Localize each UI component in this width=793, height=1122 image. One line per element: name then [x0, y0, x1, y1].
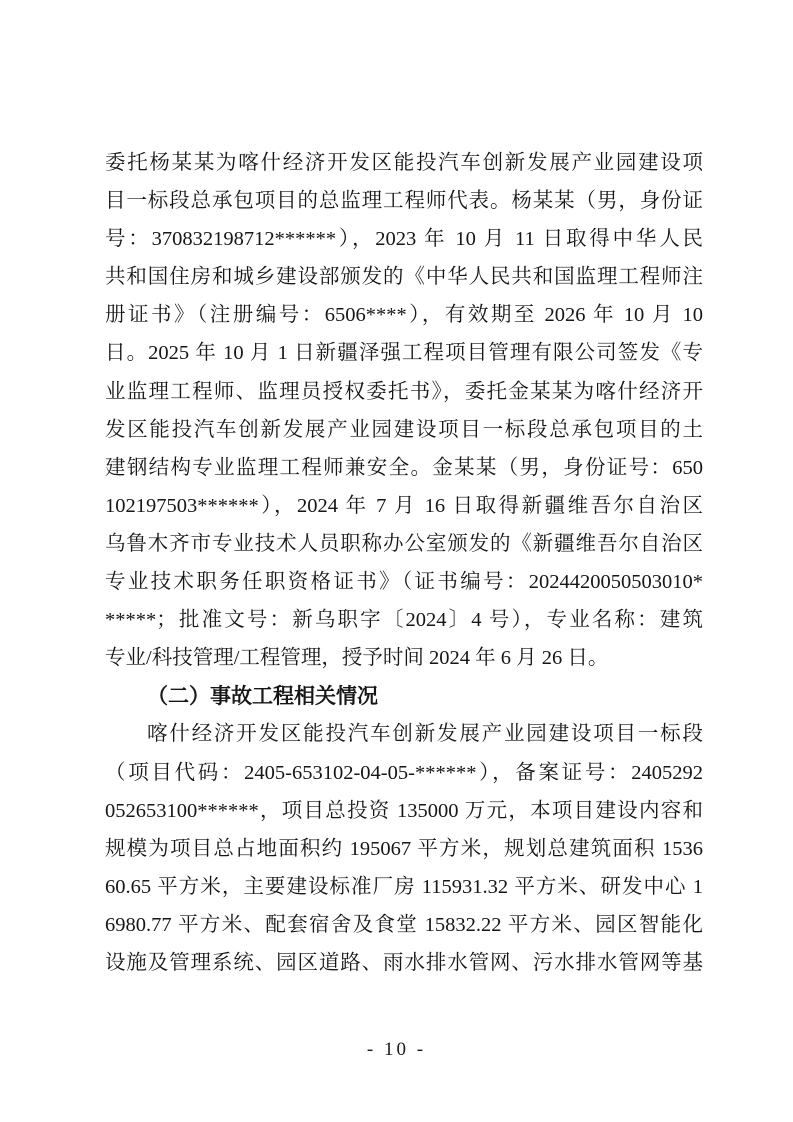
paragraph2-line-2: （项目代码：2405-653102-04-05-******），备案证号：240… — [105, 754, 703, 792]
paragraph1-line-1: 委托杨某某为喀什经济开发区能投汽车创新发展产业园建设项 — [105, 144, 703, 182]
paragraph1-line-6: 日。2025 年 10 月 1 日新疆泽强工程项目管理有限公司签发《专 — [105, 334, 703, 372]
paragraph1-line-3: 号：370832198712******），2023 年 10 月 11 日取得… — [105, 220, 703, 258]
paragraph2-line-6: 6980.77 平方米、配套宿舍及食堂 15832.22 平方米、园区智能化 — [105, 906, 703, 944]
paragraph1-line-14: 专业/科技管理/工程管理，授予时间 2024 年 6 月 26 日。 — [105, 639, 703, 677]
paragraph1-line-11: 乌鲁木齐市专业技术人员职称办公室颁发的《新疆维吾尔自治区 — [105, 525, 703, 563]
paragraph2-line-4: 规模为项目总占地面积约 195067 平方米，规划总建筑面积 1536 — [105, 830, 703, 868]
paragraph1-line-9: 建钢结构专业监理工程师兼安全。金某某（男，身份证号：650 — [105, 449, 703, 487]
paragraph1-line-10: 102197503******），2024 年 7 月 16 日取得新疆维吾尔自… — [105, 487, 703, 525]
section-heading: （二）事故工程相关情况 — [105, 677, 703, 715]
paragraph1-line-2: 目一标段总承包项目的总监理工程师代表。杨某某（男，身份证 — [105, 182, 703, 220]
paragraph1-line-12: 专业技术职务任职资格证书》（证书编号：2024420050503010* — [105, 563, 703, 601]
paragraph2-line-7: 设施及管理系统、园区道路、雨水排水管网、污水排水管网等基 — [105, 944, 703, 982]
paragraph1-line-8: 发区能投汽车创新发展产业园建设项目一标段总承包项目的土 — [105, 411, 703, 449]
paragraph2-line-3: 052653100******，项目总投资 135000 万元，本项目建设内容和 — [105, 792, 703, 830]
paragraph1-line-13: *****；批准文号：新乌职字〔2024〕4 号），专业名称：建筑 — [105, 601, 703, 639]
paragraph1-line-7: 业监理工程师、监理员授权委托书》，委托金某某为喀什经济开 — [105, 373, 703, 411]
paragraph2-line-5: 60.65 平方米，主要建设标准厂房 115931.32 平方米、研发中心 1 — [105, 868, 703, 906]
paragraph1-line-4: 共和国住房和城乡建设部颁发的《中华人民共和国监理工程师注 — [105, 258, 703, 296]
page-number: - 10 - — [0, 1036, 793, 1064]
paragraph1-line-5: 册证书》（注册编号：6506****），有效期至 2026 年 10 月 10 — [105, 296, 703, 334]
document-page: 委托杨某某为喀什经济开发区能投汽车创新发展产业园建设项 目一标段总承包项目的总监… — [0, 0, 793, 1122]
paragraph2-line-1: 喀什经济开发区能投汽车创新发展产业园建设项目一标段 — [105, 715, 703, 753]
body-text: 委托杨某某为喀什经济开发区能投汽车创新发展产业园建设项 目一标段总承包项目的总监… — [105, 144, 703, 982]
